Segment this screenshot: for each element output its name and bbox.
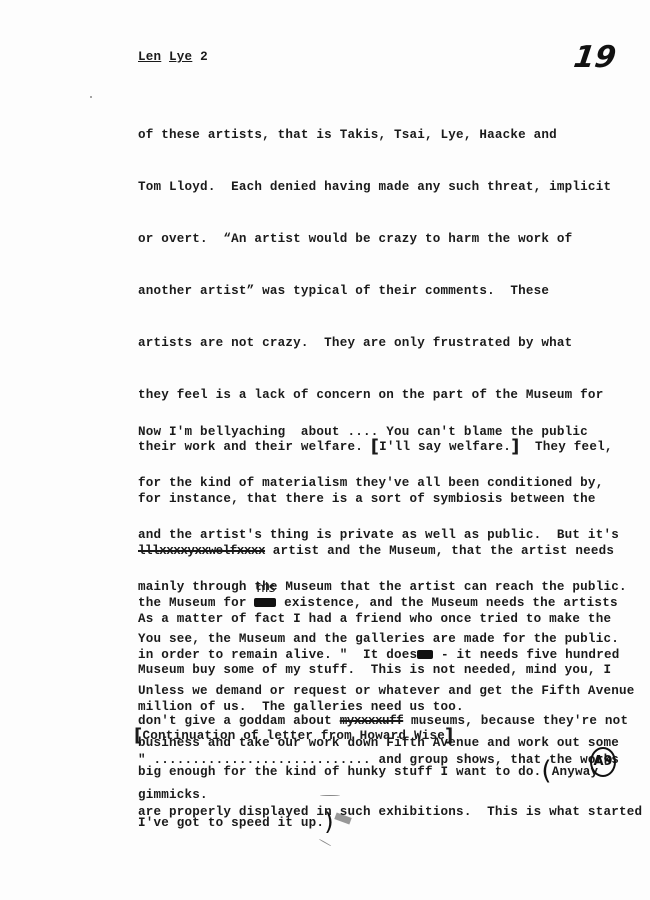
- circled-annotation: A9: [590, 747, 616, 777]
- header-last-name: Lye: [169, 50, 192, 64]
- stray-mark: [320, 795, 340, 796]
- text-line: Tom Lloyd. Each denied having made any s…: [138, 177, 619, 197]
- text-line: artists are not crazy. They are only fru…: [138, 333, 619, 353]
- header-first-name: Len: [138, 50, 161, 64]
- text-line: and the artist's thing is private as wel…: [138, 525, 634, 545]
- text-line: are properly displayed in such exhibitio…: [138, 802, 642, 822]
- text-line: another artist” was typical of their com…: [138, 281, 619, 301]
- text-line: " ............................ and group…: [138, 750, 642, 770]
- page-header: Len Lye 2: [138, 50, 208, 64]
- text-line: for the kind of materialism they've all …: [138, 473, 634, 493]
- text-line: of these artists, that is Takis, Tsai, L…: [138, 125, 619, 145]
- text-line: As a matter of fact I had a friend who o…: [138, 609, 628, 629]
- text-line: Now I'm bellyaching about .... You can't…: [138, 422, 634, 442]
- text-line: Museum buy some of my stuff. This is not…: [138, 660, 628, 680]
- stray-mark: [90, 96, 92, 98]
- text-line: or overt. “An artist would be crazy to h…: [138, 229, 619, 249]
- paragraph-4-body: " ............................ and group…: [138, 722, 642, 850]
- document-page: Len Lye 2 19 of these artists, that is T…: [0, 0, 650, 900]
- handwritten-page-number: 19: [572, 40, 619, 75]
- header-page-suffix: 2: [192, 50, 208, 64]
